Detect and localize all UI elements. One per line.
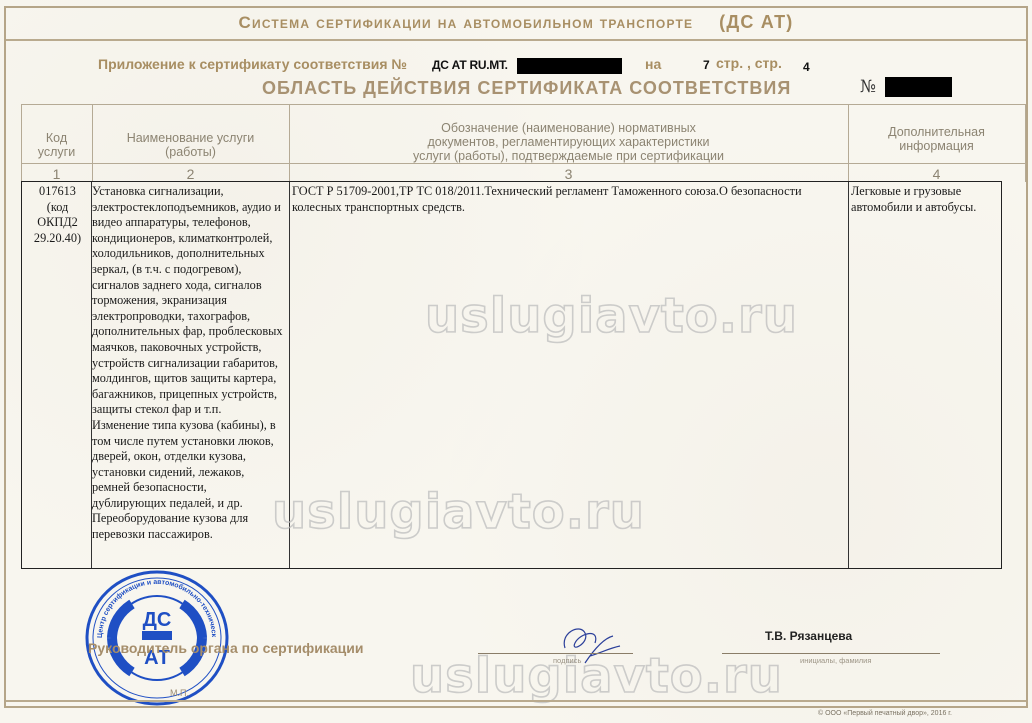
redacted-appendix-number [885, 77, 952, 97]
scope-title: ОБЛАСТЬ ДЕЙСТВИЯ СЕРТИФИКАТА СООТВЕТСТВИ… [262, 78, 791, 99]
svg-text:М.П.: М.П. [170, 688, 189, 698]
signature-icon [555, 618, 625, 678]
column-number-1: 1 [21, 166, 92, 182]
signature-line [478, 653, 633, 654]
watermark: uslugiavto.ru [272, 484, 645, 540]
certificate-page: Система сертификации на автомобильном тр… [0, 0, 1032, 723]
column-header-code: Код услуги [21, 131, 92, 159]
column-header-service: Наименование услуги (работы) [92, 131, 289, 159]
service-code: 017613 (код ОКПД2 29.20.40) [23, 184, 92, 246]
name-caption: инициалы, фамилия [800, 656, 871, 665]
column-number-2: 2 [92, 166, 289, 182]
name-line [722, 653, 940, 654]
column-header-additional: Дополнительная информация [848, 125, 1025, 153]
svg-text:ДС: ДС [143, 609, 172, 631]
redacted-certificate-number [517, 58, 622, 74]
service-name: Установка сигнализации, электростеклопод… [92, 184, 290, 543]
head-of-certification-body-label: Руководитель органа по сертификации [88, 640, 363, 656]
bottom-band [6, 700, 1026, 702]
total-pages: 7 [703, 58, 710, 72]
system-abbr: (ДС АТ) [719, 12, 793, 32]
column-number-4: 4 [848, 166, 1025, 182]
column-header-documents: Обозначение (наименование) нормативных д… [289, 121, 848, 163]
pages-label: стр. , стр. [716, 55, 782, 71]
copyright: © ООО «Первый печатный двор», 2016 г. [818, 710, 952, 717]
signature-caption: подпись [553, 656, 581, 665]
appendix-label: Приложение к сертификату соответствия № [98, 56, 407, 72]
number-sign: № [860, 77, 876, 97]
additional-info: Легковые и грузовые автомобили и автобус… [851, 184, 1001, 215]
column-number-3: 3 [289, 166, 848, 182]
system-title: Система сертификации на автомобильном тр… [0, 12, 1032, 33]
system-title-text: Система сертификации на автомобильном тр… [239, 13, 694, 32]
on-label: на [645, 56, 661, 72]
watermark: uslugiavto.ru [425, 288, 798, 344]
regulatory-documents: ГОСТ Р 51709-2001,ТР ТС 018/2011.Техниче… [292, 184, 847, 215]
certificate-number: ДС АТ RU.МТ. [432, 58, 508, 72]
certification-stamp-icon: ДС АТ Центр сертификации и автомобильно-… [82, 568, 232, 708]
current-page: 4 [803, 60, 810, 74]
signer-name: Т.В. Рязанцева [765, 629, 852, 643]
